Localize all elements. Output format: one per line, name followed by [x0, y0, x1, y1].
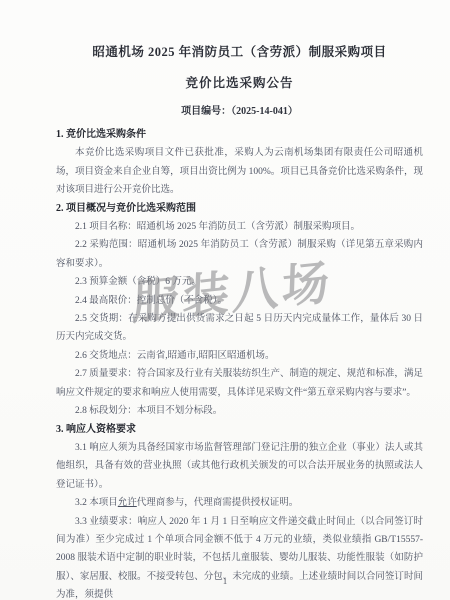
document-title: 昭通机场 2025 年消防员工（含劳派）制服采购项目 — [56, 44, 423, 60]
paragraph: 2.6 交货地点：云南省,昭通市,昭阳区昭通机场。 — [56, 347, 423, 365]
paragraph: 2.1 项目名称：昭通机场 2025 年消防员工（含劳派）制服采购项目。 — [56, 218, 423, 236]
page-number: 1 — [0, 576, 450, 586]
paragraph: 2.8 标段划分：本项目不划分标段。 — [56, 402, 423, 420]
paragraph: 本竞价比选采购项目文件已获批准，采购人为云南机场集团有限责任公司昭通机场，项目资… — [56, 144, 423, 199]
paragraph: 2.5 交货期：在采购方提出供货需求之日起 5 日历天内完成量体工作，量体后 3… — [56, 310, 423, 347]
document-page: 昭通机场 2025 年消防员工（含劳派）制服采购项目 竞价比选采购公告 项目编号… — [0, 0, 450, 600]
paragraph: 3.3 业绩要求：响应人 2020 年 1 月 1 日至响应文件递交截止时间止（… — [56, 513, 423, 600]
project-number: 项目编号：（2025-14-041） — [56, 102, 423, 117]
paragraph: 2.4 最高限价：控制总价（不含税）。 — [56, 292, 423, 310]
underlined-text: 允许 — [118, 498, 137, 508]
document-body: 1. 竞价比选采购条件本竞价比选采购项目文件已获批准，采购人为云南机场集团有限责… — [56, 126, 423, 600]
paragraph: 3.2 本项目允许代理商参与，代理商需提供授权证明。 — [56, 494, 423, 512]
paragraph: 2.3 预算金额（含税）6 万元。 — [56, 273, 423, 291]
document-subtitle: 竞价比选采购公告 — [56, 73, 423, 91]
section-heading: 1. 竞价比选采购条件 — [56, 126, 423, 144]
text-segment: 代理商参与，代理商需提供授权证明。 — [137, 498, 299, 508]
section-heading: 2. 项目概况与竞价比选采购范围 — [56, 200, 423, 218]
paragraph: 3.1 响应人须为具备经国家市场监督管理部门登记注册的独立企业（事业）法人或其他… — [56, 439, 423, 494]
document-inner: 昭通机场 2025 年消防员工（含劳派）制服采购项目 竞价比选采购公告 项目编号… — [56, 44, 423, 600]
section-heading: 3. 响应人资格要求 — [56, 421, 423, 439]
paragraph: 2.7 质量要求：符合国家及行业有关服装纺织生产、制造的规定、规范和标准，满足响… — [56, 365, 423, 402]
paragraph: 2.2 采购范围：昭通机场 2025 年消防员工（含劳派）制服采购（详见第五章采… — [56, 236, 423, 273]
text-segment: 3.2 本项目 — [75, 498, 118, 508]
